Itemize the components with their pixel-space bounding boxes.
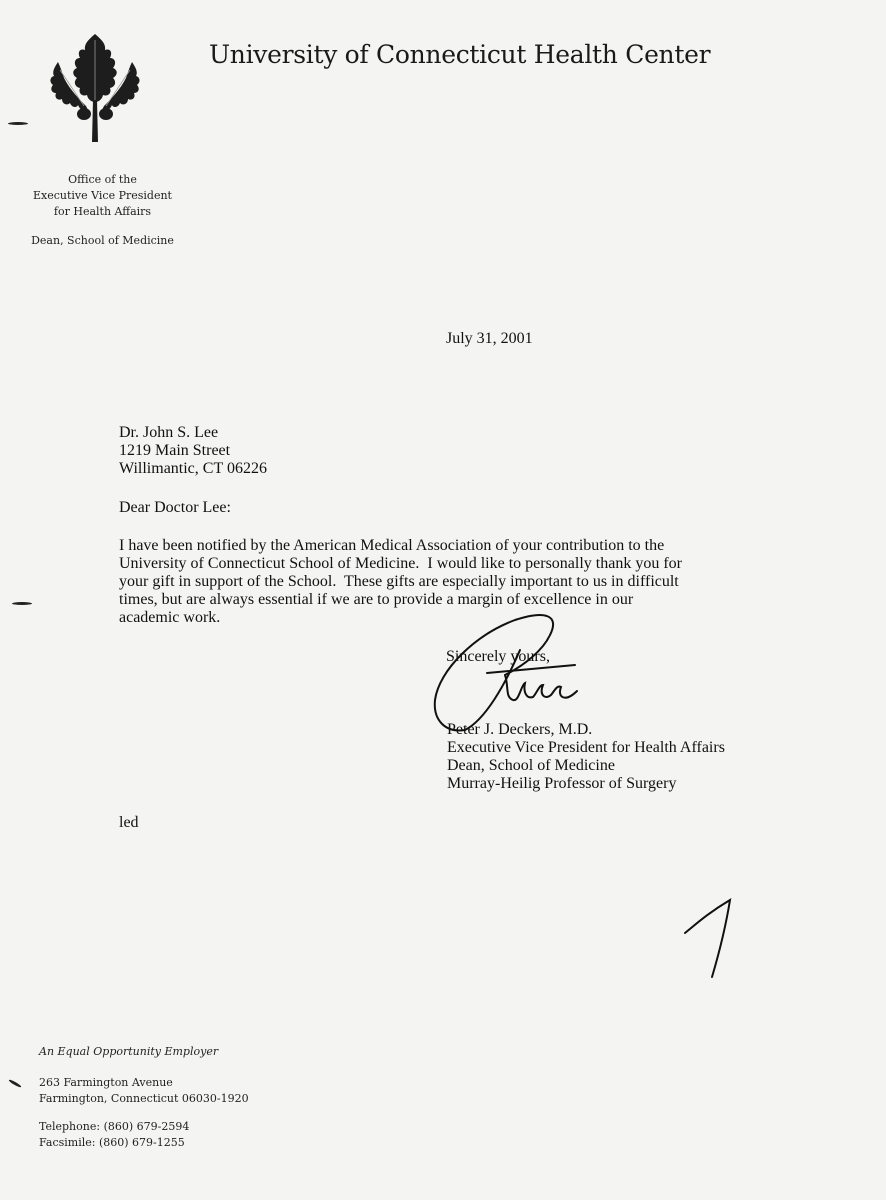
typist-initials: led [119,814,139,832]
scan-mark [8,1079,22,1089]
signer-title: Murray-Heilig Professor of Surgery [447,775,725,793]
office-dean: Dean, School of Medicine [20,233,185,249]
footer-address-line: 263 Farmington Avenue [39,1075,249,1091]
office-line: Office of the [20,172,185,188]
body-line: your gift in support of the School. Thes… [119,573,779,591]
scan-mark [12,602,32,605]
signer-block: Peter J. Deckers, M.D. Executive Vice Pr… [447,721,725,793]
recipient-city: Willimantic, CT 06226 [119,460,267,478]
recipient-name: Dr. John S. Lee [119,424,267,442]
footer-address-line: Farmington, Connecticut 06030-1920 [39,1091,249,1107]
body-line: academic work. [119,609,779,627]
signer-name: Peter J. Deckers, M.D. [447,721,725,739]
oak-leaf-icon [40,30,150,145]
body-line: I have been notified by the American Med… [119,537,779,555]
letter-date: July 31, 2001 [446,330,533,348]
office-block: Office of the Executive Vice President f… [20,172,185,249]
recipient-street: 1219 Main Street [119,442,267,460]
body-line: times, but are always essential if we ar… [119,591,779,609]
body-line: University of Connecticut School of Medi… [119,555,779,573]
office-line: Executive Vice President [20,188,185,204]
signer-title: Dean, School of Medicine [447,757,725,775]
letter-body: I have been notified by the American Med… [119,537,779,627]
equal-opportunity-statement: An Equal Opportunity Employer [39,1044,249,1060]
salutation: Dear Doctor Lee: [119,499,231,517]
closing: Sincerely yours, [446,648,550,666]
office-line: for Health Affairs [20,204,185,220]
handwritten-page-number [680,895,740,985]
recipient-address: Dr. John S. Lee 1219 Main Street Willima… [119,424,267,478]
signer-title: Executive Vice President for Health Affa… [447,739,725,757]
scan-mark [8,122,28,125]
letterhead-footer: An Equal Opportunity Employer 263 Farmin… [39,1044,249,1151]
footer-telephone: Telephone: (860) 679-2594 [39,1119,249,1135]
institution-name: University of Connecticut Health Center [209,40,710,69]
footer-facsimile: Facsimile: (860) 679-1255 [39,1135,249,1151]
